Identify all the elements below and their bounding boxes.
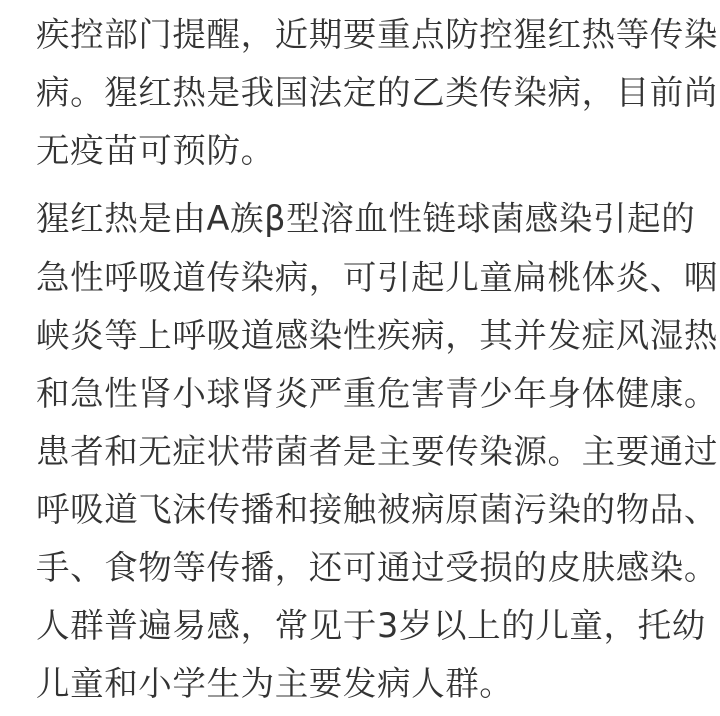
text-line: 患者和无症状带菌者是主要传染源。主要通过 — [36, 432, 718, 472]
text-line: 呼吸道飞沫传播和接触被病原菌污染的物品、 — [36, 490, 718, 530]
text-line: 病。猩红热是我国法定的乙类传染病，目前尚 — [36, 73, 718, 113]
text-line: 无疫苗可预防。 — [36, 131, 275, 171]
text-line: 急性呼吸道传染病，可引起儿童扁桃体炎、咽 — [36, 258, 718, 298]
text-line: 儿童和小学生为主要发病人群。 — [36, 664, 513, 704]
text-line: 疾控部门提醒，近期要重点防控猩红热等传染 — [36, 15, 718, 55]
text-line: 手、食物等传播，还可通过受损的皮肤感染。 — [36, 548, 718, 588]
text-line: 猩红热是由A族β型溶血性链球菌感染引起的 — [36, 199, 695, 239]
text-line: 峡炎等上呼吸道感染性疾病，其并发症风湿热 — [36, 316, 718, 356]
text-line: 和急性肾小球肾炎严重危害青少年身体健康。 — [36, 374, 718, 414]
text-line: 人群普遍易感，常见于3岁以上的儿童，托幼 — [36, 606, 706, 646]
